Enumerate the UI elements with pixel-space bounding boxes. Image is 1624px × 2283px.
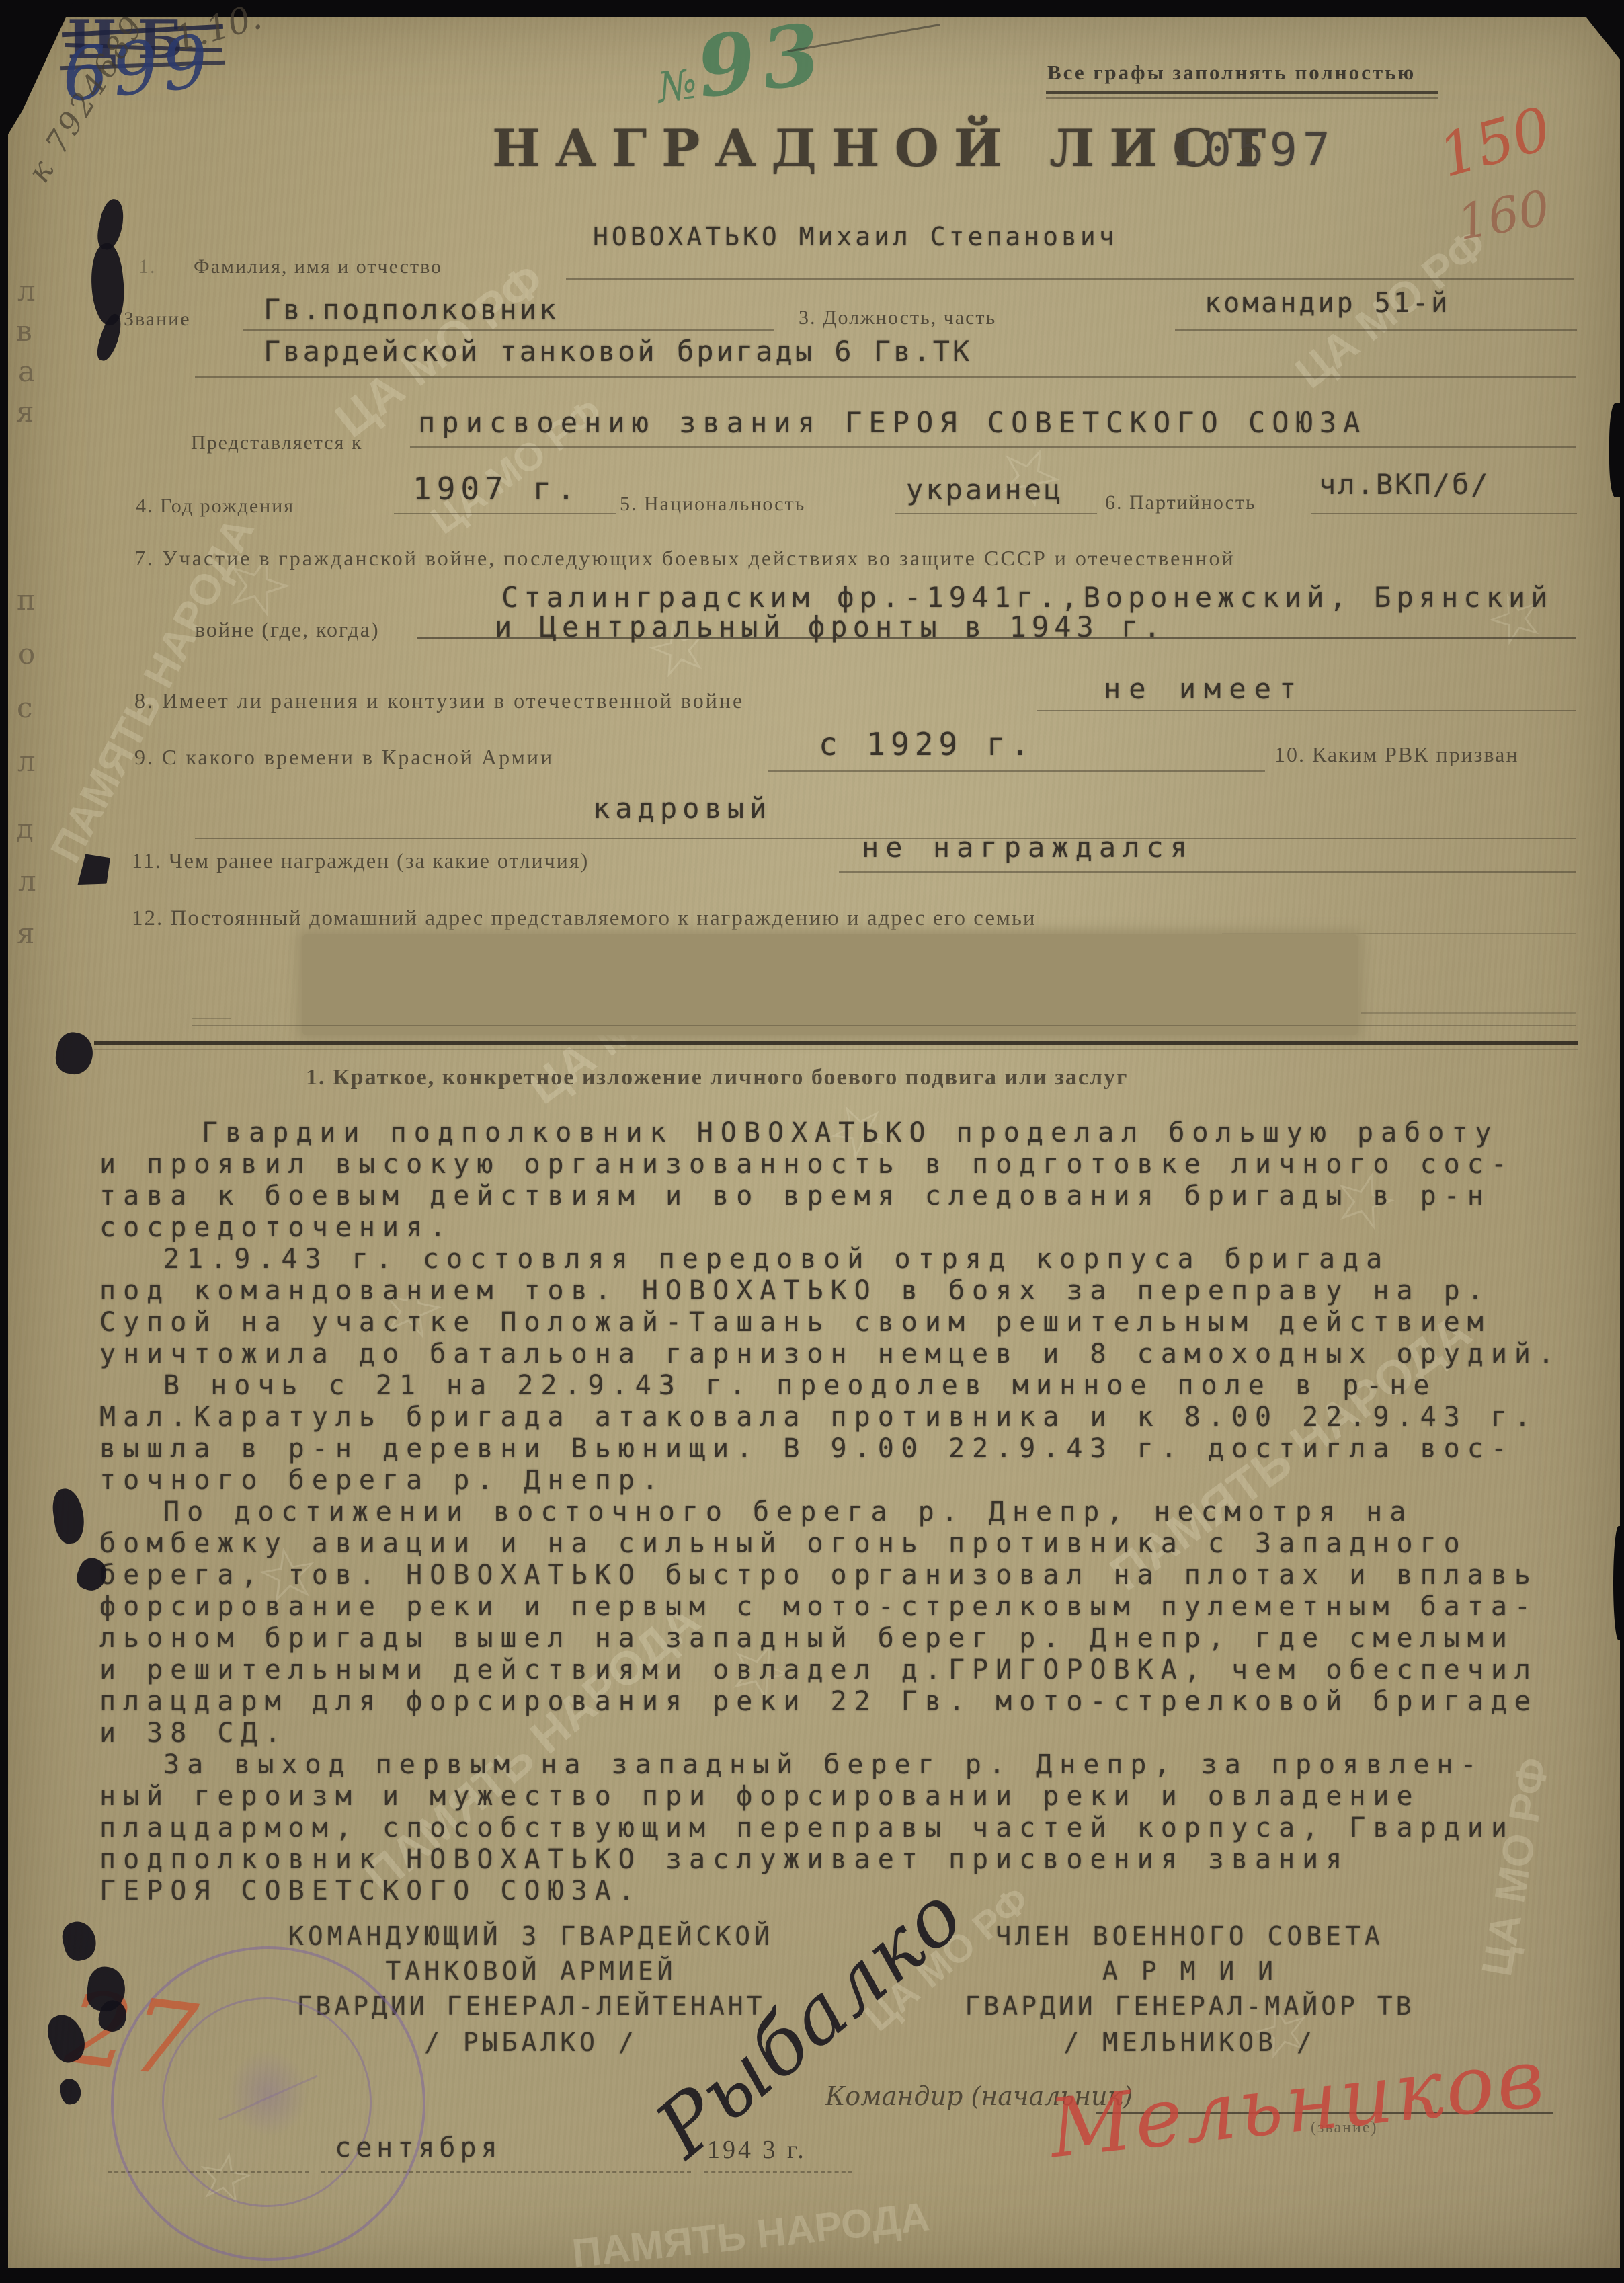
field-position-value: командир 51-й [1205,288,1450,319]
date-line [321,2171,691,2173]
field-line [895,513,1097,514]
council-title-line: ГВАРДИИ ГЕНЕРАЛ-МАЙОР ТВ [894,1991,1486,2021]
citation-line: подполковник НОВОХАТЬКО заслуживает прис… [99,1844,1585,1876]
margin-letter: л [17,745,36,778]
margin-letter: л [17,274,36,307]
stamp-emblem [228,2050,309,2137]
citation-line: и решительными действиями овладел д.ГРИГ… [99,1654,1585,1686]
field-awards-value: не награждался [862,831,1194,864]
margin-letter: о [18,637,35,670]
date-line [108,2171,309,2173]
field-nationality-label: 5. Национальность [620,493,805,516]
field-presented-label: Представляется к [191,432,362,454]
field-rank-label: Звание [124,308,191,331]
citation-line: форсирование реки и первым с мото-стрелк… [99,1591,1585,1623]
citation-line: Мал.Каратуль бригада атаковала противник… [99,1402,1585,1433]
citation-line: бомбежку авиации и на сильный огонь прот… [99,1528,1585,1560]
field-position-label: 3. Должность, часть [799,307,996,329]
field-address-label: 12. Постоянный домашний адрес представля… [132,906,1037,931]
field-line [192,1018,231,1019]
citation-line: берега, тов. НОВОХАТЬКО быстро организов… [99,1560,1585,1591]
section-divider-thin [94,1049,1578,1050]
date-year: 194 3 г. [707,2135,807,2165]
field-party-value: чл.ВКП/б/ [1319,468,1490,501]
margin-letter: п [17,584,36,616]
citation-line: и 38 СД. [99,1718,1585,1749]
field-war-label-2: войне (где, когда) [195,617,380,642]
field-name-value: НОВОХАТЬКО Михаил Степанович [593,222,1118,251]
citation-line: ный героизм и мужество при форсировании … [99,1781,1585,1812]
field-position-value-2: Гвардейской танковой бригады 6 Гв.ТК [263,335,972,368]
field-war-value: Сталинградским фр.-1941г.,Воронежский, Б… [501,581,1553,614]
field-service-value: с 1929 г. [819,726,1034,762]
citation-body: Гвардии подполковник НОВОХАТЬКО проделал… [99,1117,1585,1907]
document-title: НАГРАДНОЙ ЛИСТ [492,118,1281,178]
citation-line: Гвардии подполковник НОВОХАТЬКО проделал… [99,1117,1585,1149]
citation-line: под командованием тов. НОВОХАТЬКО в боях… [99,1275,1585,1307]
date-line [704,2171,852,2173]
citation-line: ГЕРОЯ СОВЕТСКОГО СОЮЗА. [99,1876,1585,1907]
margin-letter: я [16,395,34,428]
field-line [839,871,1576,873]
margin-letter: с [17,691,33,724]
field-wounds-value: не имеет [1104,672,1304,705]
field-war-label: 7. Участие в гражданской войне, последую… [134,546,1235,571]
field-nationality-value: украинец [906,473,1063,506]
commander-title-line: КОМАНДУЮЩИЙ 3 ГВАРДЕЙСКОЙ [202,1921,860,1951]
citation-line: По достижении восточного берега р. Днепр… [99,1496,1585,1528]
section-divider [94,1041,1578,1045]
field-line [566,278,1574,280]
citation-line: уничтожила до батальона гарнизон немцев … [99,1338,1585,1370]
citation-line: плацдармом, способствующим переправы час… [99,1812,1585,1844]
field-awards-label: 11. Чем ранее награжден (за какие отличи… [132,848,589,873]
citation-line: и проявил высокую организованность в под… [99,1149,1585,1180]
field-line [192,1025,1576,1026]
field-line [195,376,1576,378]
form-instruction: Все графы заполнять полностью [1047,61,1416,85]
field-birthyear-value: 1907 г. [413,471,581,507]
field-line [768,770,1265,772]
field-line [1037,710,1576,711]
redaction-box [302,934,1358,1035]
field-party-label: 6. Партийность [1105,491,1256,514]
field-line [1361,1012,1576,1014]
margin-letter: д [16,812,34,845]
field-line [1311,513,1577,514]
edge-tear [1609,403,1624,497]
field-line [394,513,616,514]
citation-line: сосредоточения. [99,1212,1585,1244]
council-title-line: А Р М И И [894,1956,1486,1986]
margin-letter: л [18,865,36,897]
council-title-line: ЧЛЕН ВОЕННОГО СОВЕТА [894,1921,1486,1951]
field-wounds-label: 8. Имеет ли ранения и контузии в отечест… [134,688,744,713]
field-rank-value: Гв.подполковник [263,293,559,326]
citation-line: тава к боевым действиям и во время следо… [99,1180,1585,1212]
citation-line: точного берега р. Днепр. [99,1465,1585,1496]
field-line [417,637,1576,639]
citation-line: За выход первым на западный берег р. Дне… [99,1749,1585,1781]
citation-line: Супой на участке Положай-Ташань своим ре… [99,1307,1585,1338]
citation-line: В ночь с 21 на 22.9.43 г. преодолев минн… [99,1370,1585,1402]
field-line [1175,329,1577,331]
citation-line: льоном бригады вышел на западный берег р… [99,1623,1585,1654]
margin-letter: в [16,315,32,348]
citation-line: плацдарм для форсирования реки 22 Гв. мо… [99,1686,1585,1718]
field-rvk-label: 10. Каким РВК призван [1274,742,1518,767]
scanned-award-document: ЦА МО РФ ПАМЯТЬ НАРОДА ЦА МО РФ ЦА МО РФ… [0,0,1624,2283]
field-service-value-2: кадровый [593,792,772,825]
form-number: 10597 [1171,124,1336,177]
field-birthyear-label: 4. Год рождения [136,495,294,518]
citation-line: вышла в р-н деревни Вьюнищи. В 9.00 22.9… [99,1433,1585,1465]
field-service-label: 9. С какого времени в Красной Армии [134,745,554,770]
field-line [410,446,1576,448]
document-number-green: № 93 [650,5,832,122]
citation-line: 21.9.43 г. состовляя передовой отряд кор… [99,1244,1585,1275]
field-name-label: Фамилия, имя и отчество [194,255,442,278]
field-line [243,329,774,331]
section-heading: 1. Краткое, конкретное изложение личного… [306,1065,1128,1090]
margin-letter: а [18,355,35,388]
instruction-underline [1046,91,1438,94]
edge-tear [1613,1526,1624,1640]
margin-letter: я [17,917,35,950]
instruction-underline-2 [1046,97,1438,99]
field-number: 1. [138,255,157,278]
date-month: сентября [335,2132,502,2163]
field-presented-value: присвоению звания ГЕРОЯ СОВЕТСКОГО СОЮЗА [418,406,1367,439]
